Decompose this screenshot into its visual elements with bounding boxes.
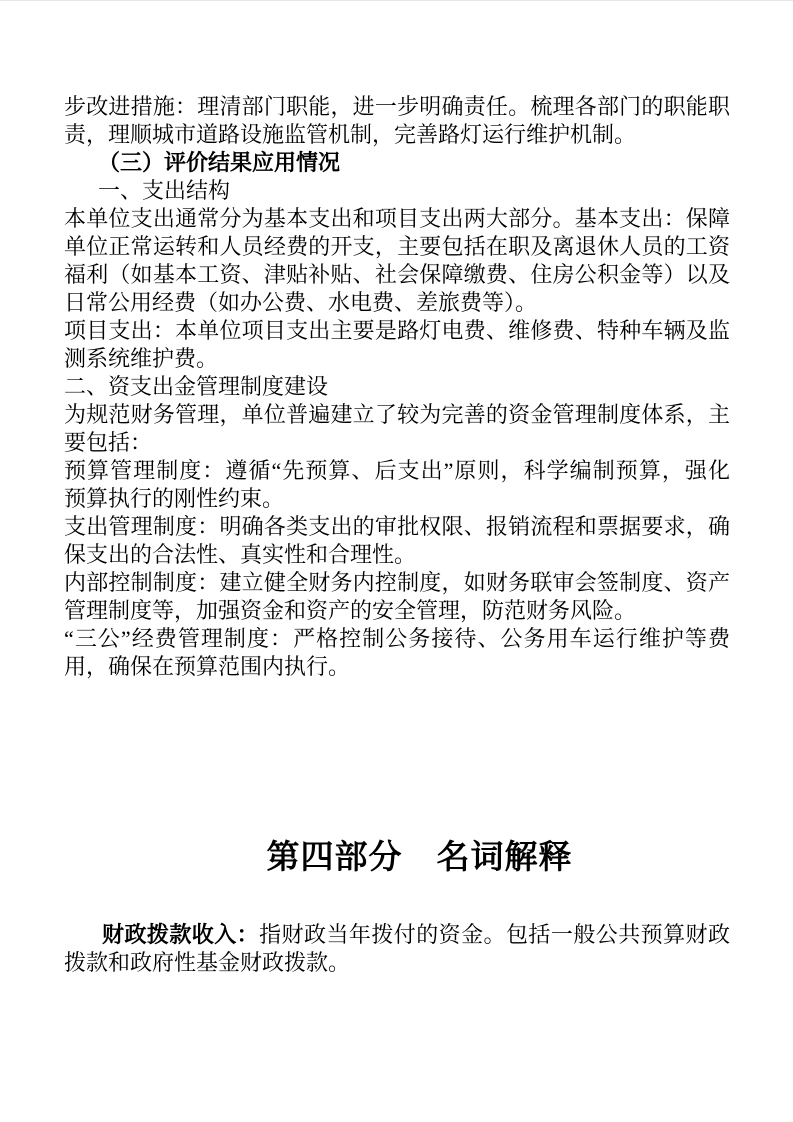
body-line: 内部控制制度：建立健全财务内控制度，如财务联审会签制度、资产 [64,569,730,597]
definition-text: 指财政当年拨付的资金。包括一般公共预算财政 [259,922,730,947]
body-line: 本单位支出通常分为基本支出和项目支出两大部分。基本支出：保障 [64,205,730,233]
document-body: 步改进措施：理清部门职能，进一步明确责任。梳理各部门的职能职 责，理顺城市道路设… [64,93,730,681]
body-line: 预算执行的刚性约束。 [64,485,730,513]
body-line: 要包括： [64,429,730,457]
body-line: “三公”经费管理制度：严格控制公务接待、公务用车运行维护等费 [64,625,730,653]
body-line: 日常公用经费（如办公费、水电费、差旅费等）。 [64,289,730,317]
definition-term: 财政拨款收入： [102,922,259,947]
body-line: 预算管理制度：遵循“先预算、后支出”原则，科学编制预算，强化 [64,457,730,485]
body-line: 测系统维护费。 [64,345,730,373]
body-line: 单位正常运转和人员经费的开支，主要包括在职及离退休人员的工资 [64,233,730,261]
page-top-edge [0,0,793,1]
subheading-fund-management-system: 二、资支出金管理制度建设 [64,373,730,401]
body-line: 用，确保在预算范围内执行。 [64,653,730,681]
body-line: 项目支出：本单位项目支出主要是路灯电费、维修费、特种车辆及监 [64,317,730,345]
part4-title: 第四部分 名词解释 [23,838,793,878]
body-line: 责，理顺城市道路设施监管机制，完善路灯运行维护机制。 [64,121,730,149]
body-line: 支出管理制度：明确各类支出的审批权限、报销流程和票据要求，确 [64,513,730,541]
subheading-expenditure-structure: 一、支出结构 [64,177,730,205]
heading-evaluation-result-application: （三）评价结果应用情况 [64,149,730,177]
body-line: 步改进措施：理清部门职能，进一步明确责任。梳理各部门的职能职 [64,93,730,121]
definition-line: 拨款和政府性基金财政拨款。 [64,949,730,977]
definition-fiscal-appropriation-income: 财政拨款收入：指财政当年拨付的资金。包括一般公共预算财政 拨款和政府性基金财政拨… [64,921,730,977]
body-line: 管理制度等，加强资金和资产的安全管理，防范财务风险。 [64,597,730,625]
body-line: 为规范财务管理，单位普遍建立了较为完善的资金管理制度体系，主 [64,401,730,429]
body-line: 保支出的合法性、真实性和合理性。 [64,541,730,569]
body-line: 福利（如基本工资、津贴补贴、社会保障缴费、住房公积金等）以及 [64,261,730,289]
document-page: 步改进措施：理清部门职能，进一步明确责任。梳理各部门的职能职 责，理顺城市道路设… [0,0,793,1122]
definition-line: 财政拨款收入：指财政当年拨付的资金。包括一般公共预算财政 [64,921,730,949]
